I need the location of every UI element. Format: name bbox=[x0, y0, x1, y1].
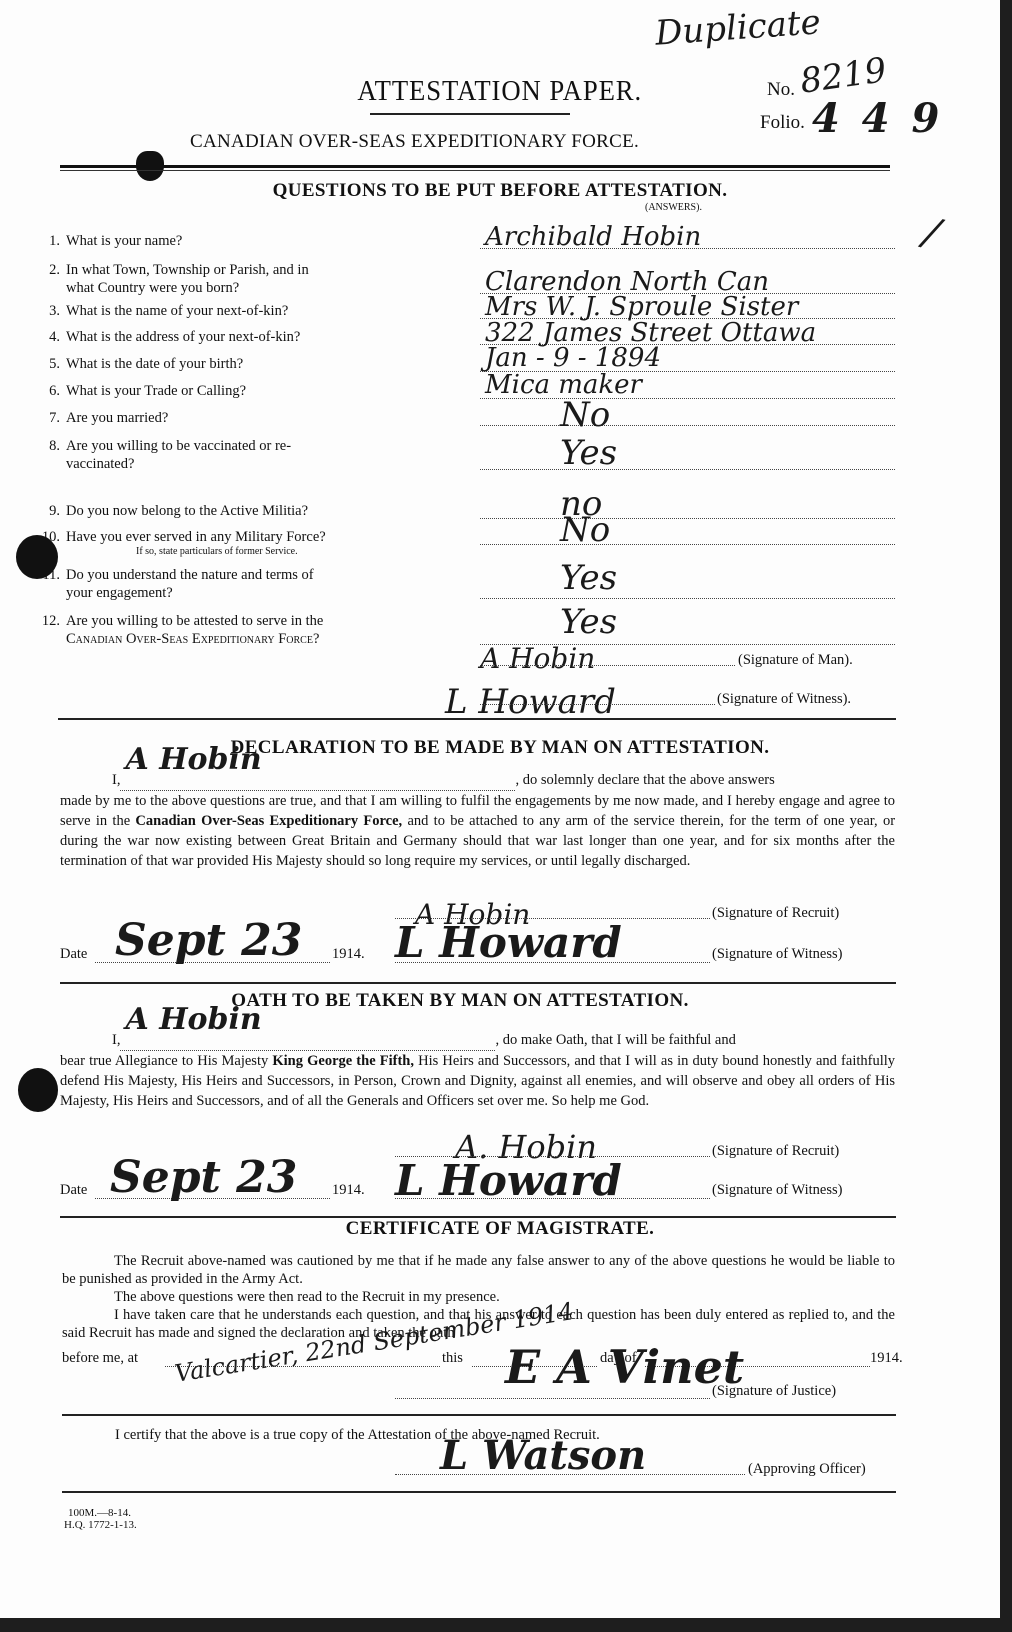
question-row: 6.What is your Trade or Calling? bbox=[28, 382, 458, 400]
signature-of-justice: E A Vinet bbox=[505, 1340, 744, 1394]
declaration-date-label: Date bbox=[60, 946, 87, 963]
oath-text: I, A Hobin , do make Oath, that I will b… bbox=[60, 1030, 895, 1111]
answer-value: No bbox=[560, 395, 610, 435]
question-row: 3.What is the name of your next-of-kin? bbox=[28, 302, 458, 320]
form-code-line-2: H.Q. 1772-1-13. bbox=[64, 1519, 137, 1531]
signature-line bbox=[480, 665, 735, 666]
question-row: 4.What is the address of your next-of-ki… bbox=[28, 328, 458, 346]
question-text: What is the name of your next-of-kin? bbox=[66, 303, 288, 319]
declaration-signature-recruit-label: (Signature of Recruit) bbox=[712, 905, 839, 922]
declaration-year: 1914. bbox=[332, 946, 365, 963]
question-row: 10.Have you ever served in any Military … bbox=[28, 528, 458, 558]
answer-line bbox=[480, 469, 895, 470]
section-rule bbox=[60, 982, 896, 984]
declaration-signature-witness-label: (Signature of Witness) bbox=[712, 946, 842, 963]
oath-year: 1914. bbox=[332, 1182, 365, 1199]
signature-line bbox=[480, 704, 715, 705]
certificate-year: 1914. bbox=[870, 1350, 903, 1367]
number-label: No. bbox=[767, 79, 795, 101]
question-row: 1.What is your name? bbox=[28, 232, 458, 250]
oath-name: A Hobin bbox=[125, 1010, 261, 1030]
header-rule-thin bbox=[60, 170, 890, 171]
certificate-before-label: before me, at bbox=[62, 1350, 138, 1367]
question-text: Are you willing to be vaccinated or re- bbox=[66, 438, 291, 454]
question-text: In what Town, Township or Parish, and in bbox=[66, 262, 309, 278]
answer-value: Jan - 9 - 1894 bbox=[485, 343, 661, 373]
signature-of-witness-label: (Signature of Witness). bbox=[717, 691, 851, 708]
answer-value: No bbox=[560, 510, 610, 550]
section-rule bbox=[62, 1414, 896, 1416]
question-text: Are you willing to be attested to serve … bbox=[66, 613, 323, 629]
answer-value: Yes bbox=[560, 602, 617, 642]
declaration-signature-witness: L Howard bbox=[395, 918, 622, 967]
document-subtitle: CANADIAN OVER-SEAS EXPEDITIONARY FORCE. bbox=[190, 131, 639, 153]
question-text: what Country were you born? bbox=[66, 280, 239, 296]
question-row: 7.Are you married? bbox=[28, 409, 458, 427]
signature-of-man: A Hobin bbox=[480, 642, 595, 675]
answer-value: Archibald Hobin bbox=[485, 222, 701, 252]
signature-line bbox=[395, 1474, 745, 1475]
answer-line bbox=[480, 544, 895, 545]
folio-value: 4 4 9 bbox=[812, 95, 943, 142]
questions-heading: QUESTIONS TO BE PUT BEFORE ATTESTATION. bbox=[0, 180, 1000, 202]
question-text: Are you married? bbox=[66, 410, 168, 426]
signature-of-man-label: (Signature of Man). bbox=[738, 652, 853, 669]
approving-officer-label: (Approving Officer) bbox=[748, 1461, 866, 1478]
answer-value: Yes bbox=[560, 558, 617, 598]
question-text: Have you ever served in any Military For… bbox=[66, 529, 326, 545]
punch-hole bbox=[16, 535, 58, 579]
certificate-heading: CERTIFICATE OF MAGISTRATE. bbox=[0, 1218, 1000, 1240]
section-rule bbox=[58, 718, 896, 720]
punch-hole bbox=[18, 1068, 58, 1112]
question-text: What is your name? bbox=[66, 233, 182, 249]
question-text: What is your Trade or Calling? bbox=[66, 383, 246, 399]
signature-line bbox=[395, 1398, 710, 1399]
declarant-name: A Hobin bbox=[125, 750, 261, 770]
section-rule bbox=[62, 1491, 896, 1493]
question-note: If so, state particulars of former Servi… bbox=[28, 546, 458, 558]
question-row: 5.What is the date of your birth? bbox=[28, 355, 458, 373]
folio-label: Folio. bbox=[760, 112, 805, 134]
header-rule bbox=[60, 165, 890, 168]
oath-date-label: Date bbox=[60, 1182, 87, 1199]
question-row: 11.Do you understand the nature and term… bbox=[28, 566, 458, 602]
signature-of-witness: L Howard bbox=[445, 682, 616, 722]
signature-line bbox=[395, 1198, 710, 1199]
question-text: Do you understand the nature and terms o… bbox=[66, 567, 314, 583]
question-text: What is the address of your next-of-kin? bbox=[66, 329, 300, 345]
declaration-text: I, A Hobin , do solemnly declare that th… bbox=[60, 770, 895, 871]
signature-line bbox=[395, 962, 710, 963]
form-code-line-1: 100M.—8-14. bbox=[68, 1507, 131, 1519]
certificate-this-label: this bbox=[442, 1350, 463, 1367]
question-text: Canadian Over-Seas Expeditionary Force? bbox=[66, 631, 319, 647]
question-row: 12.Are you willing to be attested to ser… bbox=[28, 612, 458, 648]
attestation-document: Duplicate ATTESTATION PAPER. CANADIAN OV… bbox=[0, 0, 1000, 1618]
question-row: 2.In what Town, Township or Parish, and … bbox=[28, 261, 458, 297]
question-text: Do you now belong to the Active Militia? bbox=[66, 503, 308, 519]
answers-label: (ANSWERS). bbox=[645, 202, 702, 213]
check-mark: / bbox=[919, 209, 944, 257]
declaration-date: Sept 23 bbox=[115, 915, 302, 966]
oath-signature-recruit-label: (Signature of Recruit) bbox=[712, 1143, 839, 1160]
approving-officer-signature: L Watson bbox=[440, 1432, 646, 1479]
answer-line bbox=[480, 425, 895, 426]
answer-line bbox=[480, 518, 895, 519]
oath-signature-witness-label: (Signature of Witness) bbox=[712, 1182, 842, 1199]
question-row: 9.Do you now belong to the Active Militi… bbox=[28, 502, 458, 520]
question-text: What is the date of your birth? bbox=[66, 356, 243, 372]
signature-of-justice-label: (Signature of Justice) bbox=[712, 1383, 836, 1400]
question-text: vaccinated? bbox=[66, 456, 134, 472]
question-row: 8.Are you willing to be vaccinated or re… bbox=[28, 437, 458, 473]
duplicate-annotation: Duplicate bbox=[654, 2, 822, 53]
answer-line bbox=[480, 598, 895, 599]
question-text: your engagement? bbox=[66, 585, 173, 601]
answer-value: Yes bbox=[560, 433, 617, 473]
title-ornament-rule bbox=[370, 113, 570, 115]
oath-date: Sept 23 bbox=[110, 1152, 297, 1203]
